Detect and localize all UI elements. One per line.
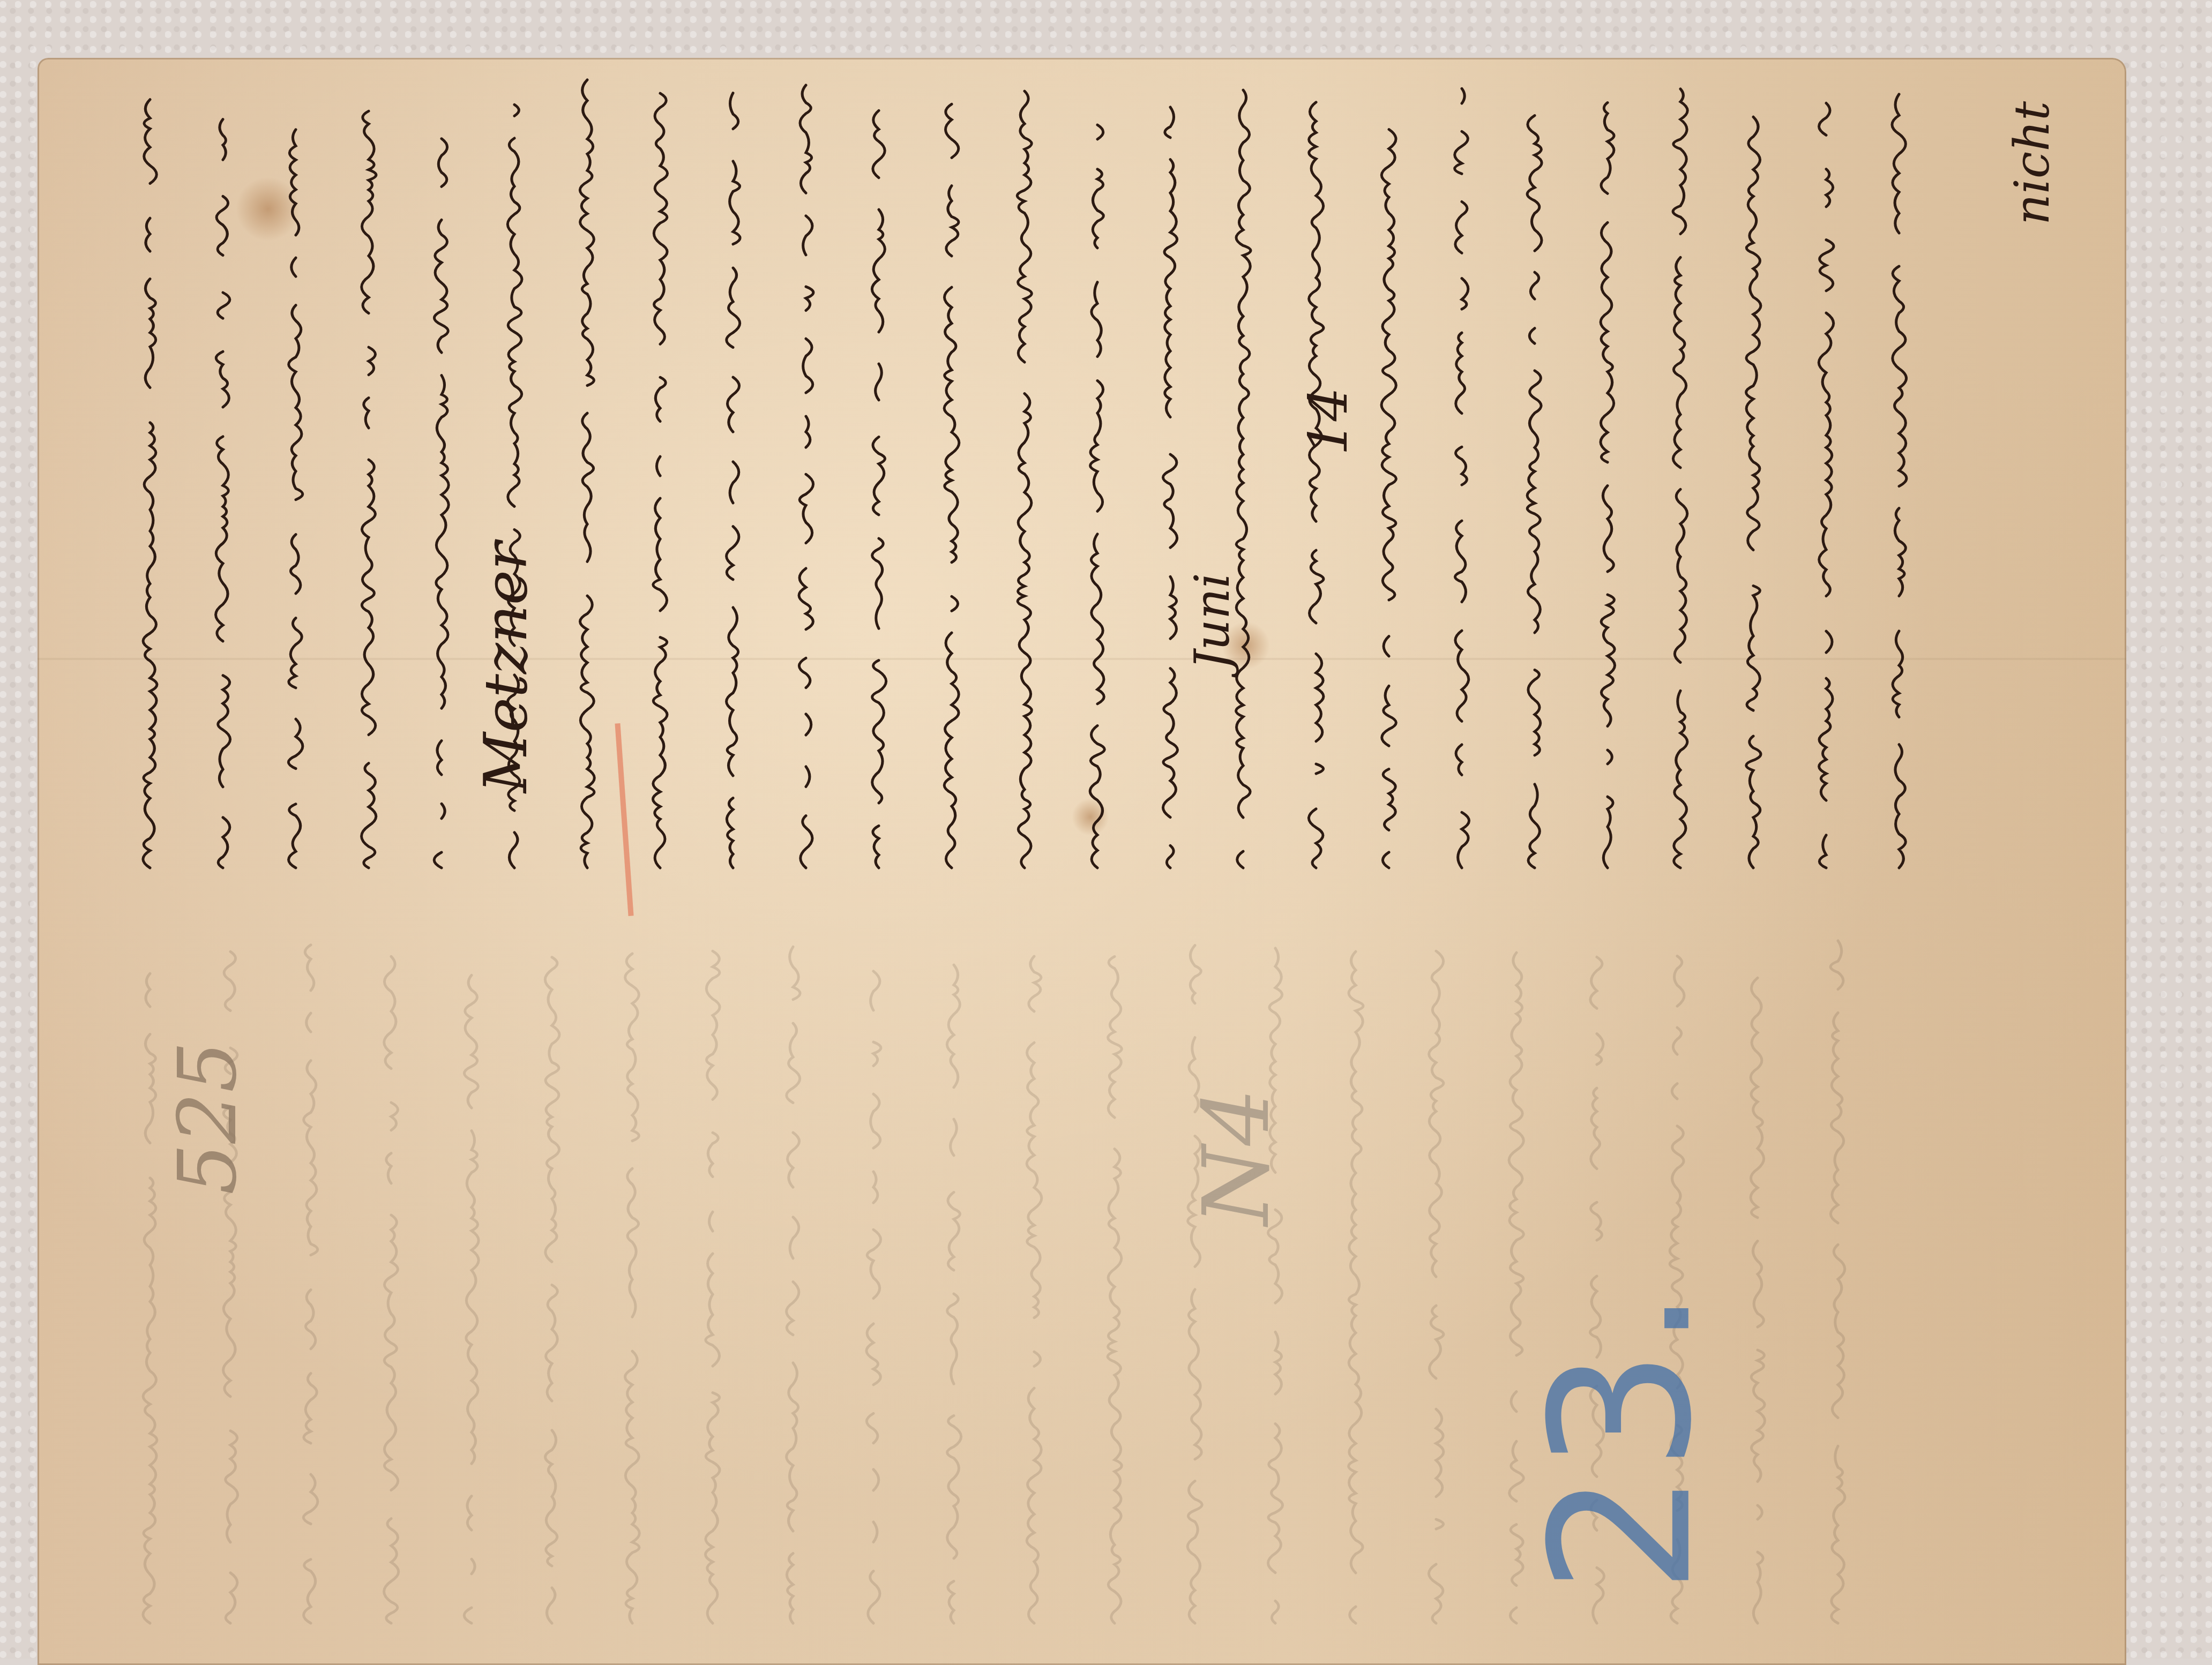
- handwritten-line: [207, 86, 239, 879]
- handwritten-line: [375, 937, 407, 1634]
- catchword: nicht: [2004, 101, 2060, 225]
- handwritten-line: [455, 937, 488, 1634]
- number-14: 14: [1297, 387, 1359, 455]
- handwritten-line: [1664, 75, 1697, 879]
- blue-crayon-number: 23.: [1509, 1287, 1734, 1594]
- handwritten-line: [863, 96, 895, 879]
- handwritten-line: [295, 937, 327, 1634]
- handwritten-line: [1098, 937, 1131, 1634]
- handwritten-line: [644, 80, 676, 879]
- handwritten-line: [1446, 75, 1478, 879]
- handwritten-line: [1519, 80, 1551, 879]
- handwritten-line: [777, 937, 809, 1634]
- handwritten-line: [1300, 86, 1332, 879]
- handwritten-line: [1591, 86, 1624, 879]
- handwritten-line: [1742, 937, 1774, 1634]
- handwritten-line: [425, 107, 458, 879]
- handwritten-line: [1420, 937, 1452, 1634]
- handwritten-line: [134, 75, 166, 879]
- name-metzner: Metzner: [472, 542, 540, 793]
- handwritten-line: [1179, 937, 1211, 1634]
- word-juni: Juni: [1184, 573, 1240, 670]
- handwritten-line: [857, 937, 890, 1634]
- handwritten-line: [697, 937, 729, 1634]
- handwritten-line: [616, 937, 648, 1634]
- handwritten-line: [1081, 80, 1114, 879]
- handwritten-line: [1883, 86, 1915, 879]
- handwritten-line: [936, 86, 968, 879]
- pencil-folio-number: 525: [161, 1041, 255, 1195]
- handwritten-line: [1373, 91, 1405, 879]
- handwritten-line: [280, 96, 312, 879]
- handwritten-line: [1008, 75, 1041, 879]
- handwritten-line: [938, 937, 970, 1634]
- handwritten-line: [1259, 937, 1291, 1634]
- handwritten-line: [1340, 937, 1372, 1634]
- handwritten-line: [536, 937, 568, 1634]
- handwritten-line: [1154, 96, 1186, 879]
- handwritten-line: [1810, 91, 1842, 879]
- handwritten-line: [1018, 937, 1050, 1634]
- handwritten-line: [571, 75, 603, 879]
- handwritten-line: [1822, 937, 1854, 1634]
- pencil-mark: N4: [1184, 1088, 1290, 1226]
- handwritten-line: [1737, 96, 1769, 879]
- handwritten-line: [717, 91, 749, 879]
- handwritten-line: [353, 75, 385, 879]
- handwritten-line: [790, 75, 822, 879]
- handwritten-line: [1227, 75, 1259, 879]
- handwritten-text-block: [134, 64, 1956, 879]
